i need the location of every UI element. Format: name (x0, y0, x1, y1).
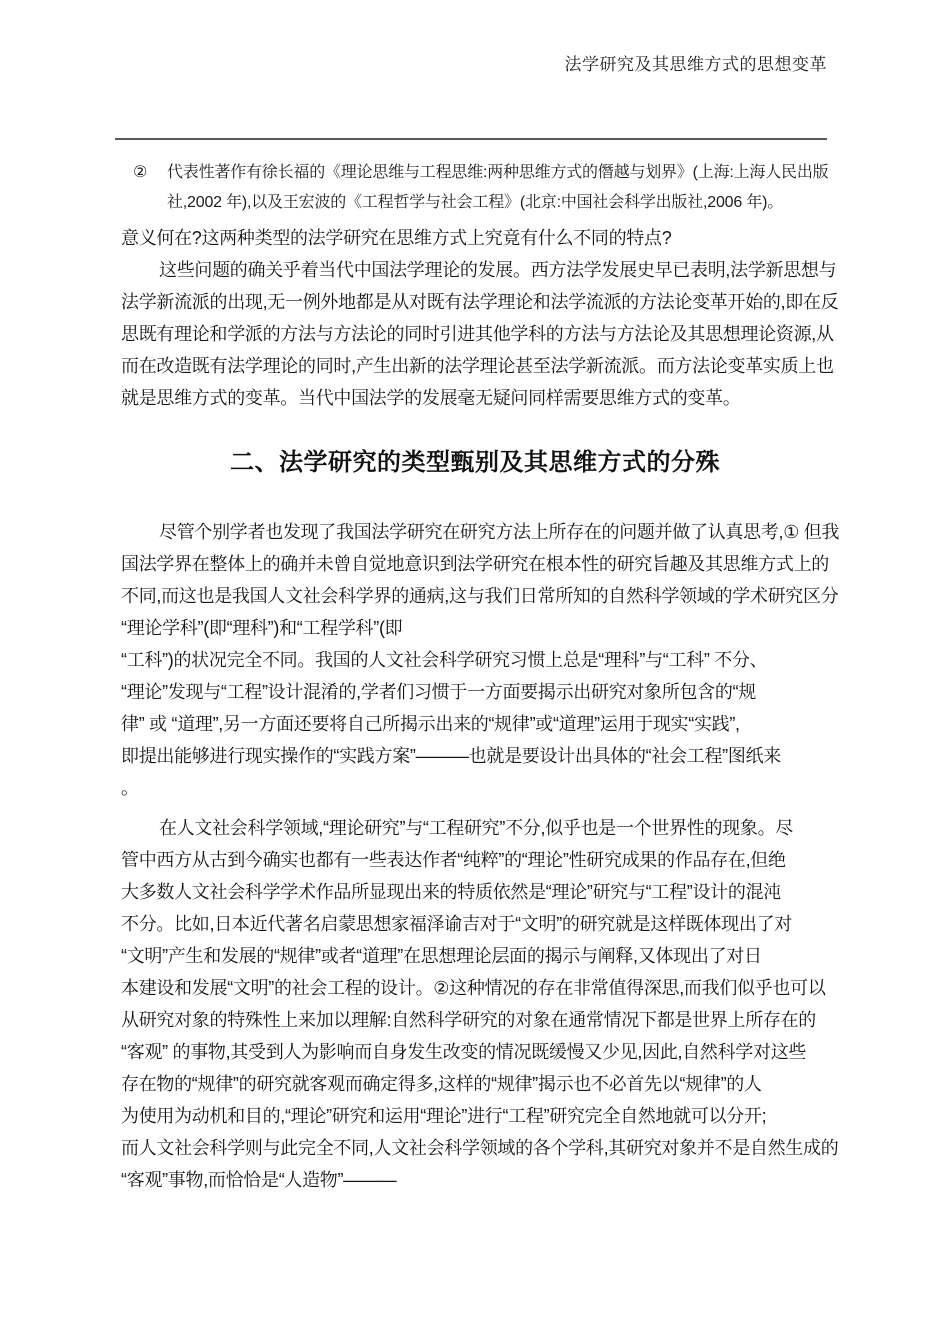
footnote-line: 社,2002 年),以及王宏波的《工程哲学与社会工程》(北京:中国社会科学出版社… (133, 188, 950, 218)
text-line: 不同,而这也是我国人文社会科学界的通病,这与我们日常所知的自然科学领域的学术研究… (121, 580, 851, 612)
text-line: 为使用为动机和目的,“理论”研究和运用“理论”进行“工程”研究完全自然地就可以分… (121, 1100, 851, 1132)
paragraph: 在人文社会科学领域,“理论研究”与“工程研究”不分,似乎也是一个世界性的现象。尽… (121, 812, 851, 1196)
paragraph: 这些问题的确关乎着当代中国法学理论的发展。西方法学发展史早已表明,法学新思想与法… (121, 254, 851, 414)
text-line: 在人文社会科学领域,“理论研究”与“工程研究”不分,似乎也是一个世界性的现象。尽 (121, 812, 851, 844)
text-line: “客观”事物,而恰恰是“人造物”——— (121, 1164, 851, 1196)
text-line: 而人文社会科学则与此完全不同,人文社会科学领域的各个学科,其研究对象并不是自然生… (121, 1132, 851, 1164)
text-line: 这些问题的确关乎着当代中国法学理论的发展。西方法学发展史早已表明,法学新思想与 (121, 254, 851, 286)
text-line: 本建设和发展“文明”的社会工程的设计。②这种情况的存在非常值得深思,而我们似乎也… (121, 972, 851, 1004)
text-line: 尽管个别学者也发现了我国法学研究在研究方法上所存在的问题并做了认真思考,① 但我 (121, 516, 851, 548)
running-header: 法学研究及其思维方式的思想变革 (0, 54, 950, 76)
paragraph: 意义何在?这两种类型的法学研究在思维方式上究竟有什么不同的特点? (121, 222, 851, 254)
text-line: 法学新流派的出现,无一例外地都是从对既有法学理论和法学流派的方法论变革开始的,即… (121, 286, 851, 318)
footnote-block: ②代表性著作有徐长福的《理论思维与工程思维:两种思维方式的僭越与划界》(上海:上… (133, 158, 950, 218)
text-line: 不分。比如,日本近代著名启蒙思想家福泽谕吉对于“文明”的研究就是这样既体现出了对 (121, 908, 851, 940)
text-line: 律” 或 “道理”,另一方面还要将自己所揭示出来的“规律”或“道理”运用于现实“… (121, 708, 851, 740)
text-line: 大多数人文社会科学学术作品所显现出来的特质依然是“理论”研究与“工程”设计的混沌 (121, 876, 851, 908)
text-line: “理论”发现与“工程”设计混淆的,学者们习惯于一方面要揭示出研究对象所包含的“规 (121, 676, 851, 708)
text-line: 存在物的“规律”的研究就客观而确定得多,这样的“规律”揭示也不必首先以“规律”的… (121, 1068, 851, 1100)
body-section-top: 意义何在?这两种类型的法学研究在思维方式上究竟有什么不同的特点?这些问题的确关乎… (121, 222, 851, 414)
text-line: “理论学科”(即“理科”)和“工程学科”(即 (121, 612, 851, 644)
text-line: 即提出能够进行现实操作的“实践方案”———也就是要设计出具体的“社会工程”图纸来 (121, 740, 851, 772)
text-line: 就是思维方式的变革。当代中国法学的发展毫无疑问同样需要思维方式的变革。 (121, 382, 851, 414)
text-line: “客观” 的事物,其受到人为影响而自身发生改变的情况既缓慢又少见,因此,自然科学… (121, 1036, 851, 1068)
text-line: 。 (121, 772, 851, 804)
text-line: 国法学界在整体上的确并未曾自觉地意识到法学研究在根本性的研究旨趣及其思维方式上的 (121, 548, 851, 580)
paragraph: 尽管个别学者也发现了我国法学研究在研究方法上所存在的问题并做了认真思考,① 但我… (121, 516, 851, 804)
text-line: “工科”)的状况完全不同。我国的人文社会科学研究习惯上总是“理科”与“工科” 不… (121, 644, 851, 676)
text-line: 思既有理论和学派的方法与方法论的同时引进其他学科的方法与方法论及其思想理论资源,… (121, 318, 851, 350)
footnote-marker: ② (133, 158, 167, 188)
text-line: 管中西方从古到今确实也都有一些表达作者“纯粹”的“理论”性研究成果的作品存在,但… (121, 844, 851, 876)
text-line: “文明”产生和发展的“规律”或者“道理”在思想理论层面的揭示与阐释,又体现出了对… (121, 940, 851, 972)
section-heading: 二、法学研究的类型甄别及其思维方式的分殊 (0, 444, 950, 482)
header-divider (115, 138, 827, 140)
text-line: 从研究对象的特殊性上来加以理解:自然科学研究的对象在通常情况下都是世界上所存在的 (121, 1004, 851, 1036)
footnote-line: ②代表性著作有徐长福的《理论思维与工程思维:两种思维方式的僭越与划界》(上海:上… (133, 158, 950, 188)
body-section-main: 尽管个别学者也发现了我国法学研究在研究方法上所存在的问题并做了认真思考,① 但我… (121, 516, 851, 1196)
text-line: 意义何在?这两种类型的法学研究在思维方式上究竟有什么不同的特点? (121, 222, 851, 254)
document-page: 法学研究及其思维方式的思想变革 ②代表性著作有徐长福的《理论思维与工程思维:两种… (0, 0, 950, 1344)
footnote-text: 代表性著作有徐长福的《理论思维与工程思维:两种思维方式的僭越与划界》(上海:上海… (167, 164, 828, 181)
text-line: 而在改造既有法学理论的同时,产生出新的法学理论甚至法学新流派。而方法论变革实质上… (121, 350, 851, 382)
